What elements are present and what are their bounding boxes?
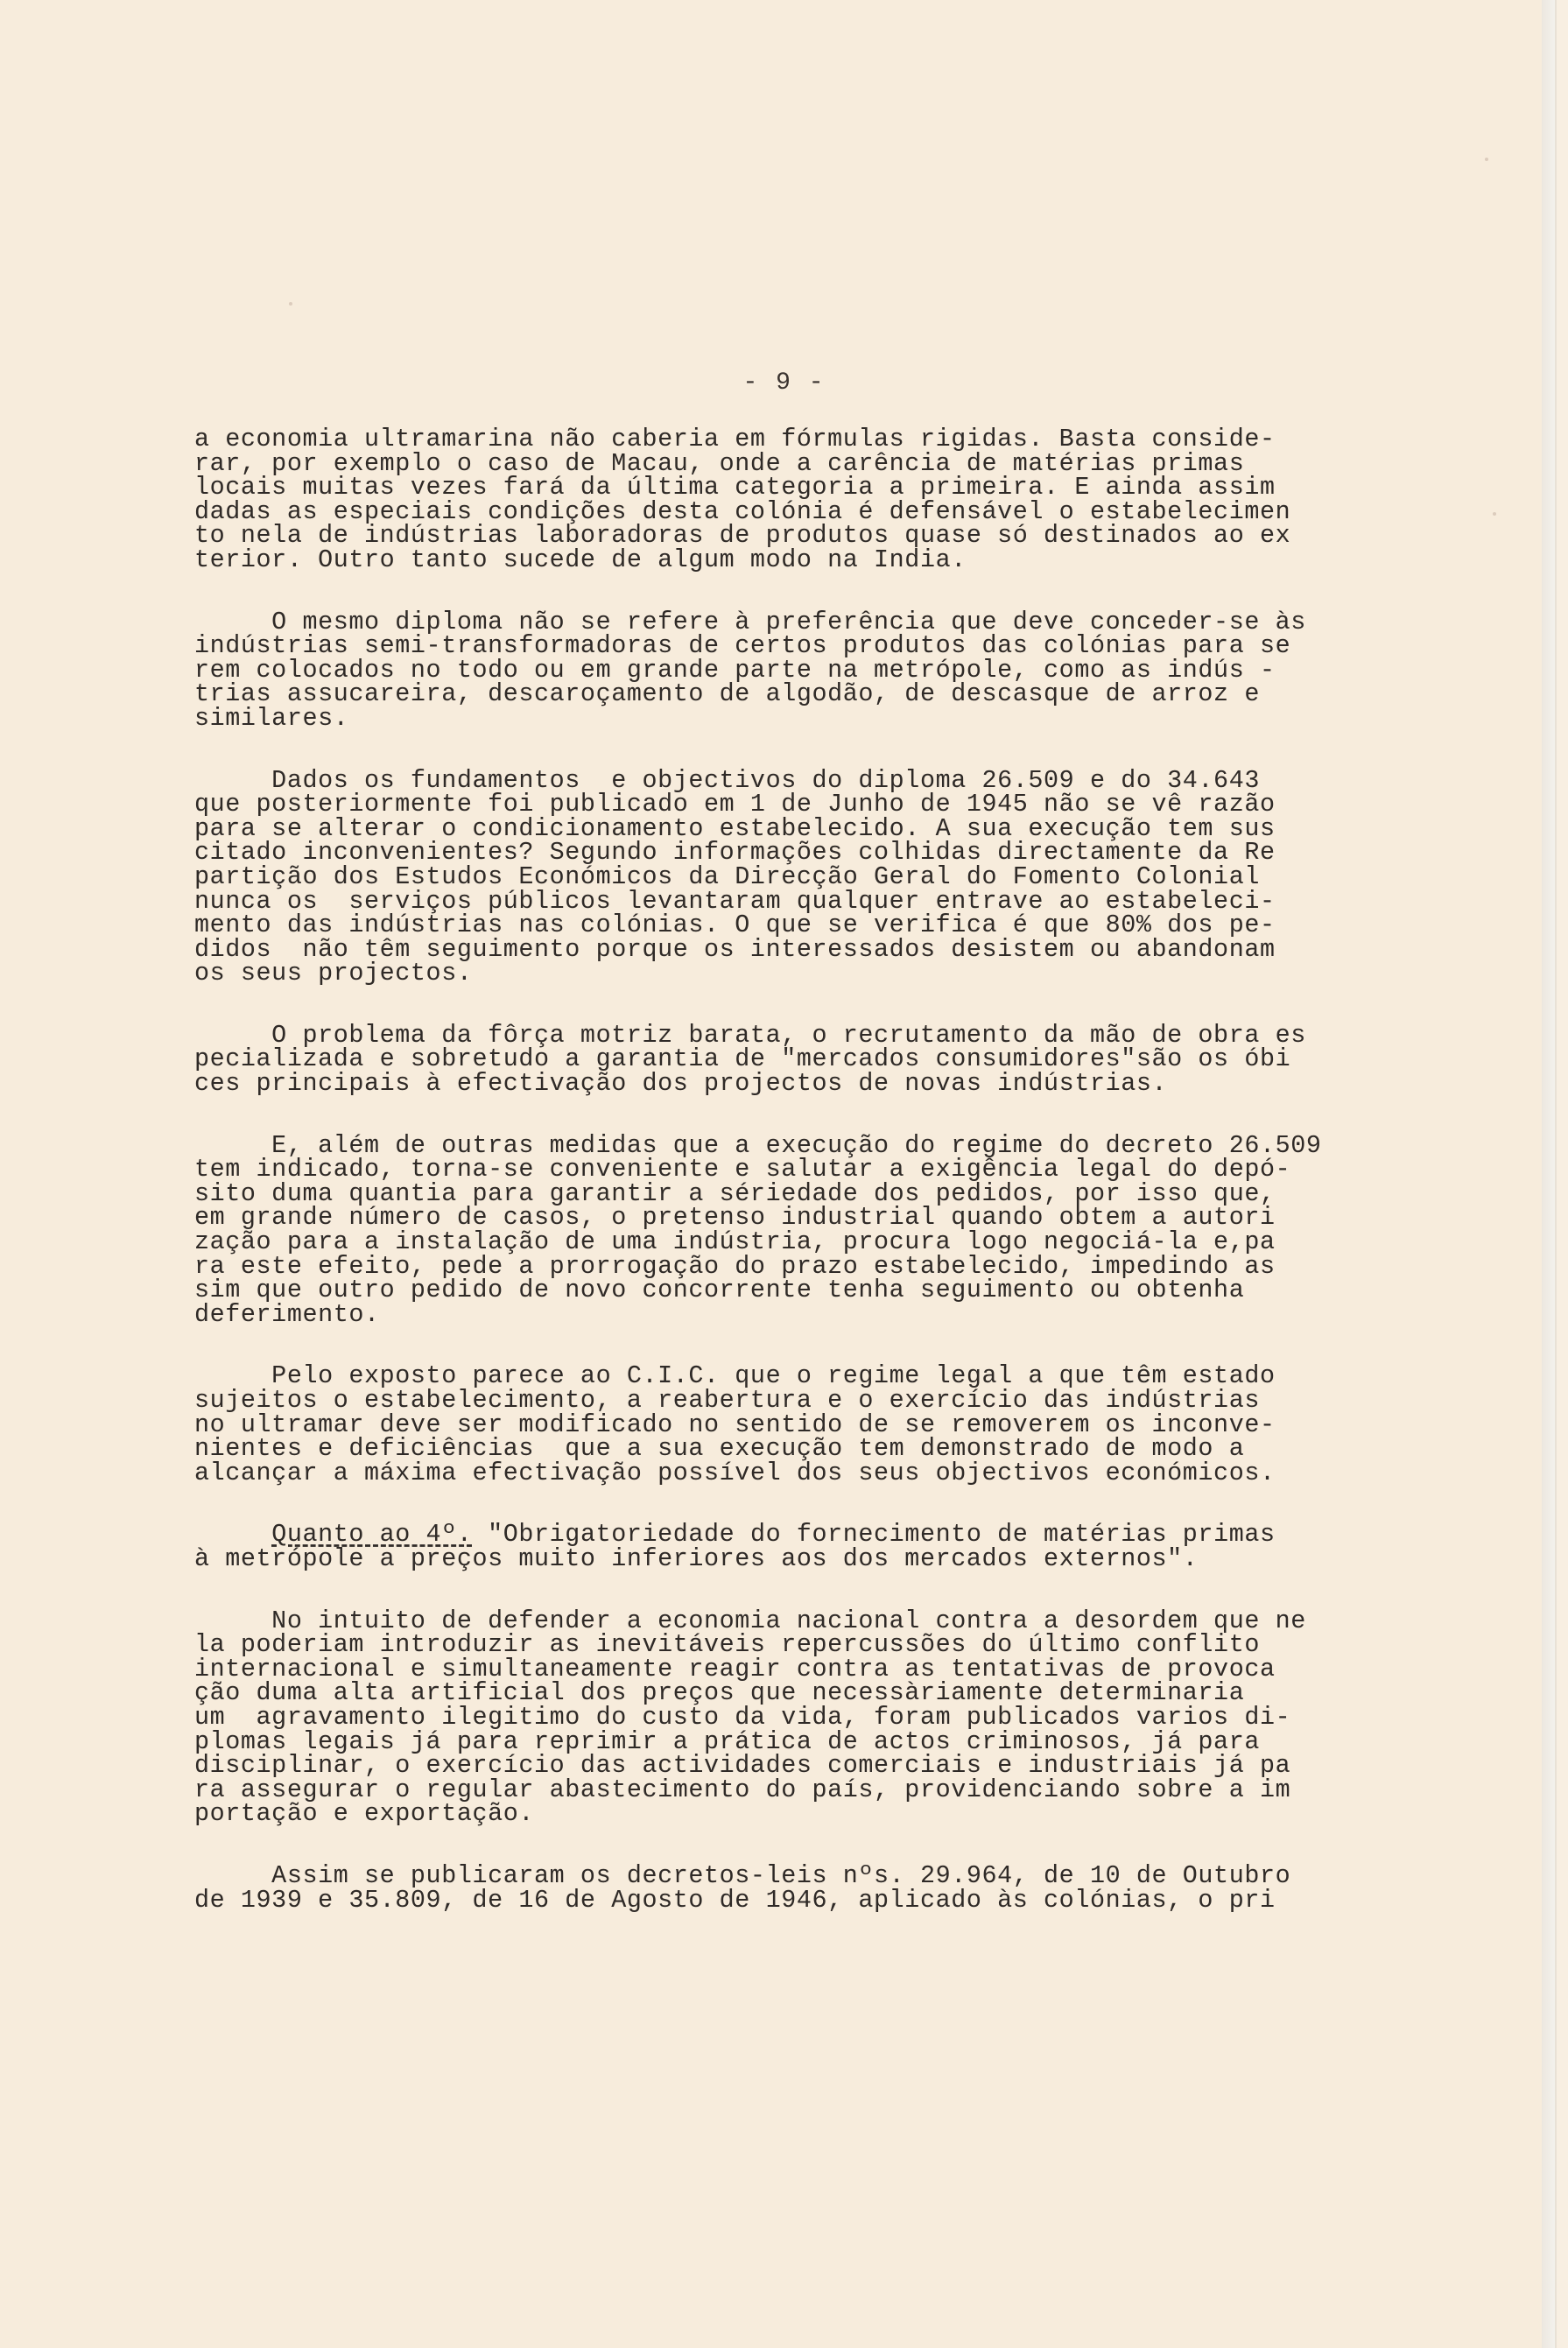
document-page: - 9 - a economia ultramarina não caberia… [0, 0, 1557, 2348]
text-line: citado inconvenientes? Segundo informaçõ… [194, 840, 1438, 865]
paragraph-1: a economia ultramarina não caberia em fó… [194, 427, 1438, 573]
text-line: pecializada e sobretudo a garantia de "m… [194, 1047, 1438, 1072]
text-line: portação e exportação. [194, 1802, 1438, 1826]
text-line: ces principais à efectivação dos project… [194, 1072, 1438, 1096]
text-line: internacional e simultaneamente reagir c… [194, 1657, 1438, 1682]
text-line: tem indicado, torna-se conveniente e sal… [194, 1157, 1438, 1182]
text-line: em grande número de casos, o pretenso in… [194, 1206, 1438, 1230]
paragraph-7: Quanto ao 4º. "Obrigatoriedade do fornec… [194, 1522, 1438, 1571]
text-line: rem colocados no todo ou em grande parte… [194, 658, 1438, 683]
text-line: que posteriormente foi publicado em 1 de… [194, 792, 1438, 817]
text-line: sito duma quantia para garantir a séried… [194, 1182, 1438, 1206]
text-line: sim que outro pedido de novo concorrente… [194, 1278, 1438, 1303]
text-line: alcançar a máxima efectivação possível d… [194, 1461, 1438, 1486]
text-line: dadas as especiais condições desta colón… [194, 500, 1438, 524]
text-line: E, além de outras medidas que a execução… [194, 1134, 1438, 1158]
text-line: indústrias semi-transformadoras de certo… [194, 634, 1438, 658]
text-line: deferimento. [194, 1303, 1438, 1327]
text-line: plomas legais já para reprimir a prática… [194, 1730, 1438, 1754]
text-line: nientes e deficiências que a sua execuçã… [194, 1437, 1438, 1461]
text-line: trias assucareira, descaroçamento de alg… [194, 682, 1438, 707]
text-line: similares. [194, 707, 1438, 731]
text-line: O mesmo diploma não se refere à preferên… [194, 610, 1438, 635]
paragraph-9: Assim se publicaram os decretos-leis nºs… [194, 1864, 1438, 1912]
text-line: locais muitas vezes fará da última categ… [194, 475, 1438, 500]
text-line: para se alterar o condicionamento estabe… [194, 817, 1438, 841]
text-line: No intuito de defender a economia nacion… [194, 1609, 1438, 1634]
text-line: O problema da fôrça motriz barata, o rec… [194, 1023, 1438, 1048]
text-line: nunca os serviços públicos levantaram qu… [194, 889, 1438, 914]
text-line: to nela de indústrias laboradoras de pro… [194, 524, 1438, 548]
text-line: os seus projectos. [194, 961, 1438, 986]
text-line: rar, por exemplo o caso de Macau, onde a… [194, 452, 1438, 476]
text-line: Assim se publicaram os decretos-leis nºs… [194, 1864, 1438, 1888]
text-line: didos não têm seguimento porque os inter… [194, 938, 1438, 962]
text-line: a economia ultramarina não caberia em fó… [194, 427, 1438, 452]
paragraph-5: E, além de outras medidas que a execução… [194, 1134, 1438, 1327]
paper-speck [289, 302, 292, 306]
paragraph-2: O mesmo diploma não se refere à preferên… [194, 610, 1438, 731]
text-line: ção duma alta artificial dos preços que … [194, 1681, 1438, 1705]
text-line: Pelo exposto parece ao C.I.C. que o regi… [194, 1364, 1438, 1388]
text-line: no ultramar deve ser modificado no senti… [194, 1413, 1438, 1438]
text-line: disciplinar, o exercício das actividades… [194, 1754, 1438, 1778]
page-edge [1542, 0, 1555, 2348]
text-line: terior. Outro tanto sucede de algum modo… [194, 548, 1438, 573]
text-line: partição dos Estudos Económicos da Direc… [194, 865, 1438, 889]
text-line: à metrópole a preços muito inferiores ao… [194, 1547, 1438, 1571]
paragraph-8: No intuito de defender a economia nacion… [194, 1609, 1438, 1826]
text-line: sujeitos o estabelecimento, a reabertura… [194, 1388, 1438, 1413]
paper-speck [1485, 158, 1488, 161]
page-number: - 9 - [0, 369, 1568, 397]
paragraph-6: Pelo exposto parece ao C.I.C. que o regi… [194, 1364, 1438, 1485]
text-line: ra este efeito, pede a prorrogação do pr… [194, 1255, 1438, 1279]
document-body: a economia ultramarina não caberia em fó… [194, 427, 1438, 1950]
text-line: ra assegurar o regular abastecimento do … [194, 1778, 1438, 1803]
paper-speck [1493, 512, 1496, 516]
text-line: de 1939 e 35.809, de 16 de Agosto de 194… [194, 1888, 1438, 1913]
text-line: um agravamento ilegitimo do custo da vid… [194, 1705, 1438, 1730]
text-line: Dados os fundamentos e objectivos do dip… [194, 769, 1438, 793]
paragraph-3: Dados os fundamentos e objectivos do dip… [194, 769, 1438, 986]
text-line: zação para a instalação de uma indústria… [194, 1230, 1438, 1255]
text-line: Quanto ao 4º. "Obrigatoriedade do fornec… [194, 1522, 1438, 1547]
paragraph-4: O problema da fôrça motriz barata, o rec… [194, 1023, 1438, 1096]
text-line: mento das indústrias nas colónias. O que… [194, 913, 1438, 938]
text-line: la poderiam introduzir as inevitáveis re… [194, 1633, 1438, 1657]
